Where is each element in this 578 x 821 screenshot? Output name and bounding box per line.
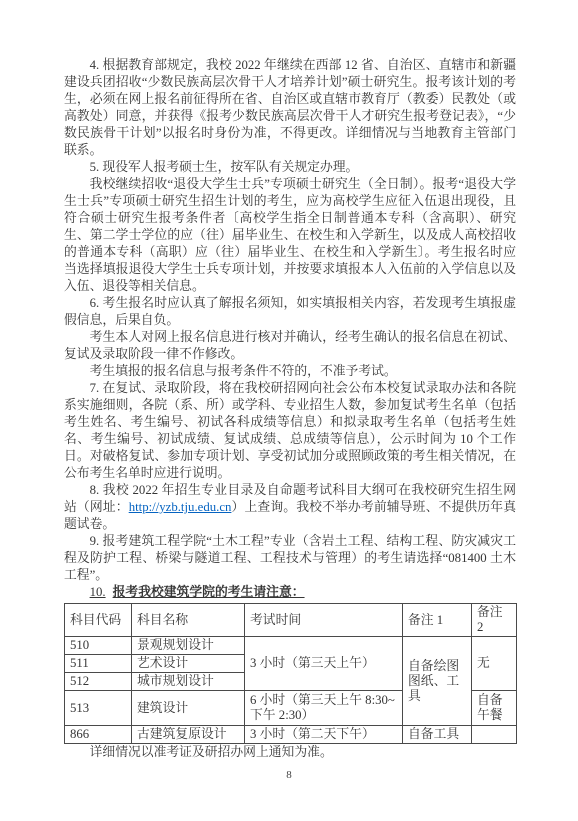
note1-cell-merged-510-513: 自备绘图图纸、工具 bbox=[403, 637, 472, 726]
yzb-website-link[interactable]: http://yzb.tju.edu.cn bbox=[129, 500, 232, 514]
subject-code-cell: 512 bbox=[65, 673, 132, 691]
note1-cell-866: 自备工具 bbox=[403, 726, 472, 744]
table-header-row: 科目代码 科目名称 考试时间 备注 1 备注 2 bbox=[65, 604, 517, 637]
paragraph-minority-plan: 4. 根据教育部规定，我校 2022 年继续在西部 12 省、自治区、直辖市和新… bbox=[64, 57, 516, 159]
section-10-heading: 10.报考我校建筑学院的考生请注意： bbox=[64, 584, 516, 601]
page-number: 8 bbox=[0, 769, 578, 781]
architecture-exam-table: 科目代码 科目名称 考试时间 备注 1 备注 2 510 景观规划设计 3 小时… bbox=[64, 603, 517, 744]
note2-cell-866 bbox=[472, 726, 517, 744]
paragraph-honest-registration: 6. 考生报名时应认真了解报名须知，如实填报相关内容，若发现考生填报虚假信息，后… bbox=[64, 295, 516, 329]
header-note-2: 备注 2 bbox=[472, 604, 517, 637]
header-subject-name: 科目名称 bbox=[132, 604, 245, 637]
header-subject-code: 科目代码 bbox=[65, 604, 132, 637]
paragraph-veteran-soldiers: 我校继续招收“退役大学生士兵”专项硕士研究生（全日制）。报考“退役大学生士兵”专… bbox=[64, 176, 516, 295]
section-10-title: 报考我校建筑学院的考生请注意： bbox=[113, 585, 305, 599]
subject-code-cell: 511 bbox=[65, 655, 132, 673]
header-note-1: 备注 1 bbox=[403, 604, 472, 637]
table-footnote: 详细情况以准考证及研招办网上通知为准。 bbox=[64, 744, 516, 761]
paragraph-admission-publicity: 7. 在复试、录取阶段，将在我校研招网向社会公布本校复试录取办法和各院系实施细则… bbox=[64, 380, 516, 482]
subject-name-cell: 艺术设计 bbox=[132, 655, 245, 673]
subject-code-cell: 510 bbox=[65, 637, 132, 655]
subject-code-cell: 513 bbox=[65, 691, 132, 726]
table-row-866: 866 古建筑复原设计 3 小时（第二天下午） 自备工具 bbox=[65, 726, 517, 744]
exam-time-cell-866: 3 小时（第二天下午） bbox=[245, 726, 403, 744]
subject-name-cell: 城市规划设计 bbox=[132, 673, 245, 691]
subject-code-cell: 866 bbox=[65, 726, 132, 744]
subject-name-cell: 建筑设计 bbox=[132, 691, 245, 726]
paragraph-civil-engineering: 9. 报考建筑工程学院“土木工程”专业（含岩土工程、结构工程、防灾减灾工程及防护… bbox=[64, 533, 516, 584]
document-page: 4. 根据教育部规定，我校 2022 年继续在西部 12 省、自治区、直辖市和新… bbox=[0, 0, 578, 821]
paragraph-info-mismatch: 考生填报的报名信息与报考条件不符的，不准予考试。 bbox=[64, 363, 516, 380]
exam-time-cell-merged-510-512: 3 小时（第三天上午） bbox=[245, 637, 403, 691]
paragraph-catalog-inquiry: 8. 我校 2022 年招生专业目录及自命题考试科目大纲可在我校研究生招生网站（… bbox=[64, 482, 516, 533]
note2-cell-513: 自备午餐 bbox=[472, 691, 517, 726]
note2-cell-merged-510-512: 无 bbox=[472, 637, 517, 691]
header-exam-time: 考试时间 bbox=[245, 604, 403, 637]
table-row-510: 510 景观规划设计 3 小时（第三天上午） 自备绘图图纸、工具 无 bbox=[65, 637, 517, 655]
paragraph-info-confirmation: 考生本人对网上报名信息进行核对并确认，经考生确认的报名信息在初试、复试及录取阶段… bbox=[64, 329, 516, 363]
paragraph-active-military: 5. 现役军人报考硕士生，按军队有关规定办理。 bbox=[64, 159, 516, 176]
exam-time-cell-513: 6 小时（第三天上午 8:30~下午 2:30） bbox=[245, 691, 403, 726]
section-10-number: 10. bbox=[90, 585, 106, 599]
subject-name-cell: 景观规划设计 bbox=[132, 637, 245, 655]
subject-name-cell: 古建筑复原设计 bbox=[132, 726, 245, 744]
page-content: 4. 根据教育部规定，我校 2022 年继续在西部 12 省、自治区、直辖市和新… bbox=[64, 57, 516, 761]
